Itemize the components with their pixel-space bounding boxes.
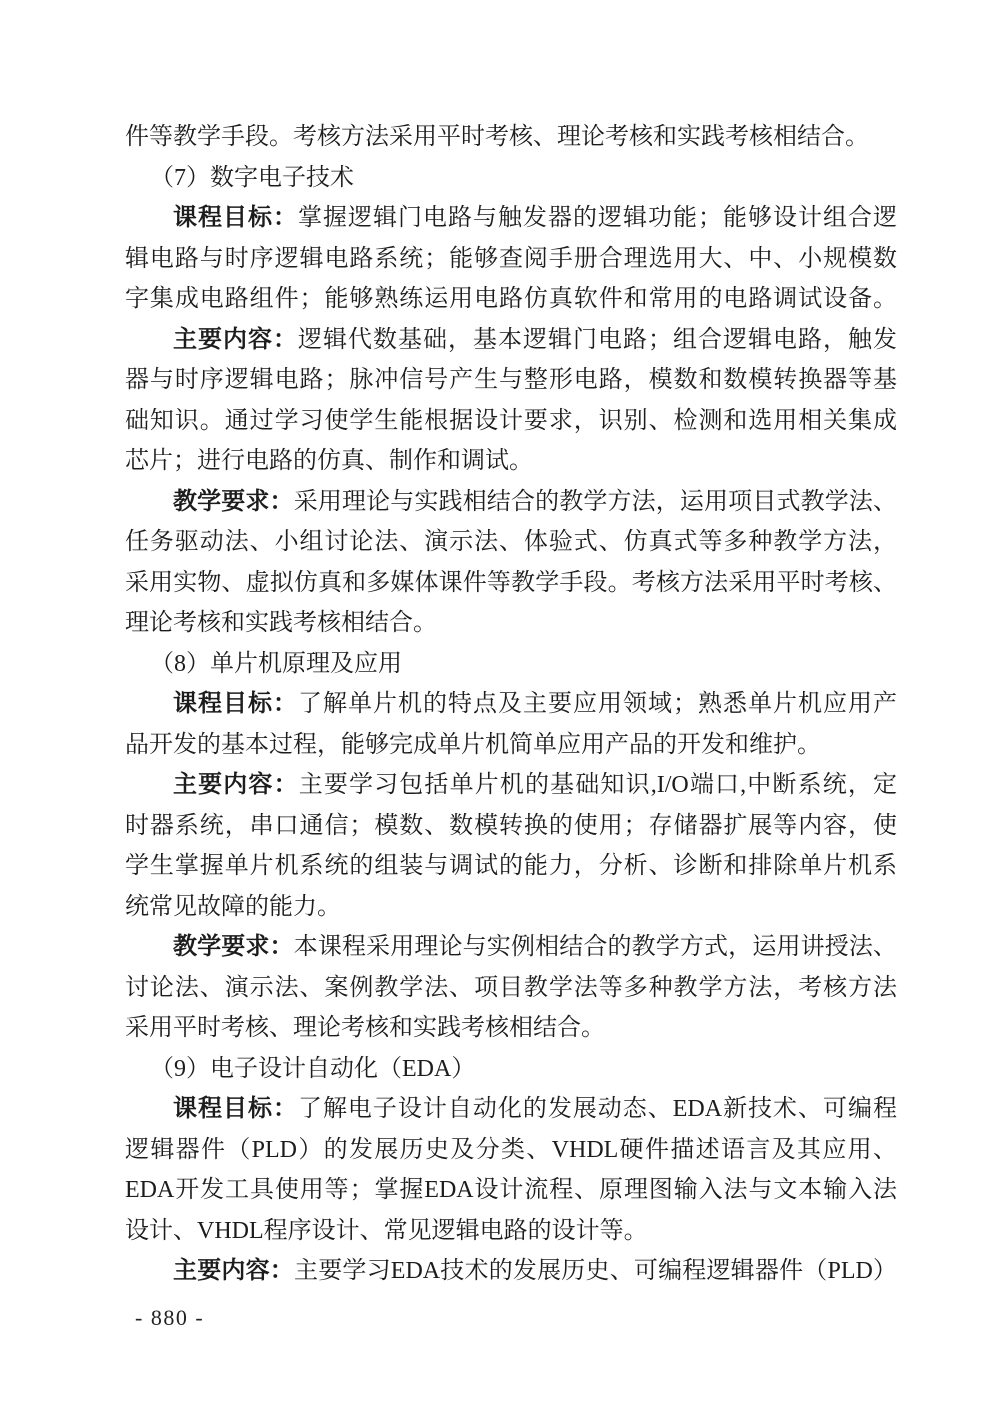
document-body: 件等教学手段。考核方法采用平时考核、理论考核和实践考核相结合。 （7）数字电子技…	[125, 117, 897, 1292]
text-line: 主要内容：逻辑代数基础，基本逻辑门电路；组合逻辑电路，触发	[125, 320, 897, 361]
field-label-main-content: 主要内容：	[173, 772, 299, 798]
text-line: 础知识。通过学习使学生能根据设计要求，识别、检测和选用相关集成	[125, 401, 897, 442]
line-text: 了解电子设计自动化的发展动态、EDA新技术、可编程	[298, 1096, 897, 1122]
line-text: 本课程采用理论与实例相结合的教学方式，运用讲授法、	[294, 934, 897, 960]
section-heading-9: （9）电子设计自动化（EDA）	[125, 1049, 897, 1090]
text-line: 时器系统，串口通信；模数、数模转换的使用；存储器扩展等内容，使	[125, 806, 897, 847]
text-line: 学生掌握单片机系统的组装与调试的能力，分析、诊断和排除单片机系	[125, 846, 897, 887]
text-line: 主要内容：主要学习EDA技术的发展历史、可编程逻辑器件（PLD）	[125, 1251, 897, 1292]
line-text: 了解单片机的特点及主要应用领域；熟悉单片机应用产	[298, 691, 897, 717]
field-label-course-goal: 课程目标：	[173, 205, 298, 231]
text-line: 采用实物、虚拟仿真和多媒体课件等教学手段。考核方法采用平时考核、	[125, 563, 897, 604]
text-line: 任务驱动法、小组讨论法、演示法、体验式、仿真式等多种教学方法，	[125, 522, 897, 563]
field-label-course-goal: 课程目标：	[173, 1096, 298, 1122]
section-heading-7: （7）数字电子技术	[125, 158, 897, 199]
text-line: 课程目标：掌握逻辑门电路与触发器的逻辑功能；能够设计组合逻	[125, 198, 897, 239]
line-text: 采用理论与实践相结合的教学方法，运用项目式教学法、	[294, 489, 897, 515]
field-label-course-goal: 课程目标：	[173, 691, 298, 717]
page-number: - 880 -	[135, 1305, 204, 1331]
text-line: 课程目标：了解电子设计自动化的发展动态、EDA新技术、可编程	[125, 1089, 897, 1130]
text-line: 采用平时考核、理论考核和实践考核相结合。	[125, 1008, 897, 1049]
document-page: 件等教学手段。考核方法采用平时考核、理论考核和实践考核相结合。 （7）数字电子技…	[0, 0, 1000, 1414]
text-line: 件等教学手段。考核方法采用平时考核、理论考核和实践考核相结合。	[125, 117, 897, 158]
line-text: 掌握逻辑门电路与触发器的逻辑功能；能够设计组合逻	[298, 205, 897, 231]
field-label-teaching-req: 教学要求：	[173, 489, 294, 515]
text-line: 理论考核和实践考核相结合。	[125, 603, 897, 644]
text-line: 设计、VHDL程序设计、常见逻辑电路的设计等。	[125, 1211, 897, 1252]
text-line: 课程目标：了解单片机的特点及主要应用领域；熟悉单片机应用产	[125, 684, 897, 725]
text-line: 讨论法、演示法、案例教学法、项目教学法等多种教学方法，考核方法	[125, 968, 897, 1009]
text-line: EDA开发工具使用等；掌握EDA设计流程、原理图输入法与文本输入法	[125, 1170, 897, 1211]
text-line: 主要内容：主要学习包括单片机的基础知识,I/O端口,中断系统，定	[125, 765, 897, 806]
line-text: 逻辑代数基础，基本逻辑门电路；组合逻辑电路，触发	[298, 327, 897, 353]
text-line: 品开发的基本过程，能够完成单片机简单应用产品的开发和维护。	[125, 725, 897, 766]
text-line: 统常见故障的能力。	[125, 887, 897, 928]
field-label-teaching-req: 教学要求：	[173, 934, 294, 960]
field-label-main-content: 主要内容：	[173, 1258, 294, 1284]
text-line: 逻辑器件（PLD）的发展历史及分类、VHDL硬件描述语言及其应用、	[125, 1130, 897, 1171]
section-heading-8: （8）单片机原理及应用	[125, 644, 897, 685]
text-line: 芯片；进行电路的仿真、制作和调试。	[125, 441, 897, 482]
text-line: 字集成电路组件；能够熟练运用电路仿真软件和常用的电路调试设备。	[125, 279, 897, 320]
field-label-main-content: 主要内容：	[173, 327, 298, 353]
text-line: 教学要求：本课程采用理论与实例相结合的教学方式，运用讲授法、	[125, 927, 897, 968]
text-line: 辑电路与时序逻辑电路系统；能够查阅手册合理选用大、中、小规模数	[125, 239, 897, 280]
text-line: 器与时序逻辑电路；脉冲信号产生与整形电路，模数和数模转换器等基	[125, 360, 897, 401]
text-line: 教学要求：采用理论与实践相结合的教学方法，运用项目式教学法、	[125, 482, 897, 523]
line-text: 主要学习EDA技术的发展历史、可编程逻辑器件（PLD）	[294, 1258, 897, 1284]
line-text: 主要学习包括单片机的基础知识,I/O端口,中断系统，定	[299, 772, 897, 798]
